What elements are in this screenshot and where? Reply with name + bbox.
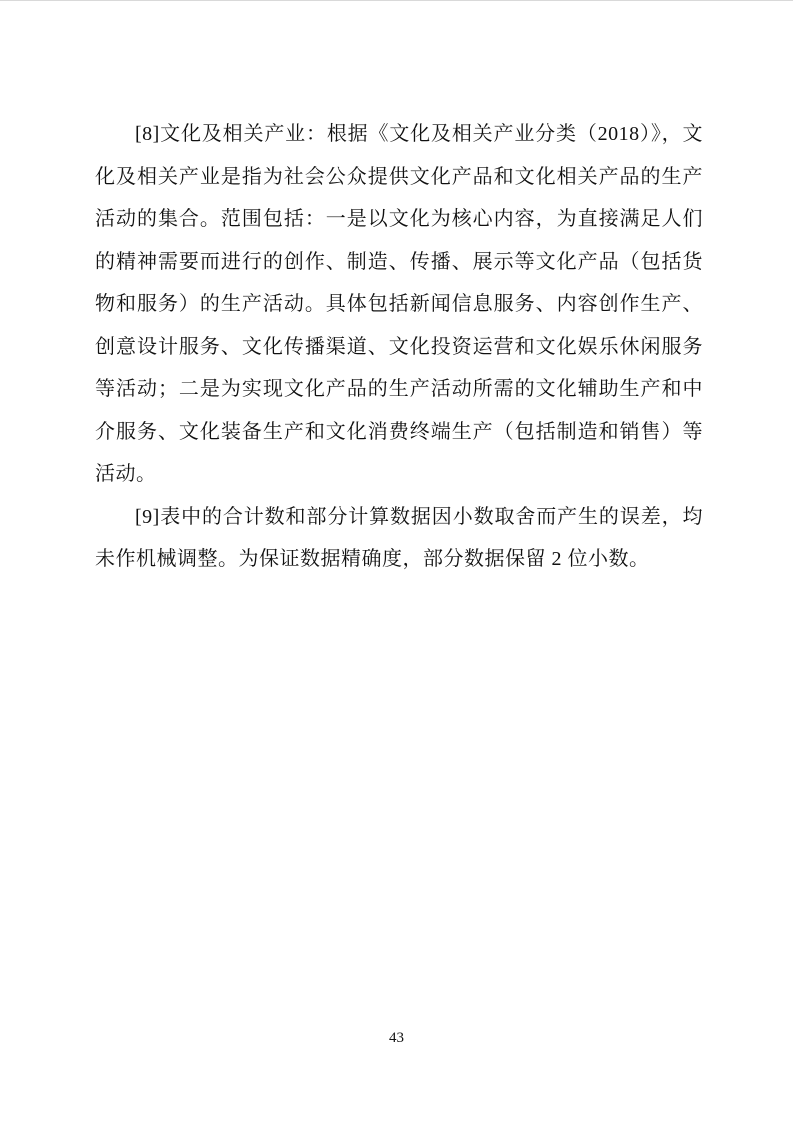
footnote-paragraph-9: [9]表中的合计数和部分计算数据因小数取舍而产生的误差，均未作机械调整。为保证数… [95, 496, 703, 581]
page-number: 43 [0, 1028, 793, 1048]
footnote-paragraph-8: [8]文化及相关产业：根据《文化及相关产业分类（2018）》，文化及相关产业是指… [95, 113, 703, 496]
document-page: [8]文化及相关产业：根据《文化及相关产业分类（2018）》，文化及相关产业是指… [0, 0, 793, 1122]
page-content: [8]文化及相关产业：根据《文化及相关产业分类（2018）》，文化及相关产业是指… [95, 113, 703, 581]
